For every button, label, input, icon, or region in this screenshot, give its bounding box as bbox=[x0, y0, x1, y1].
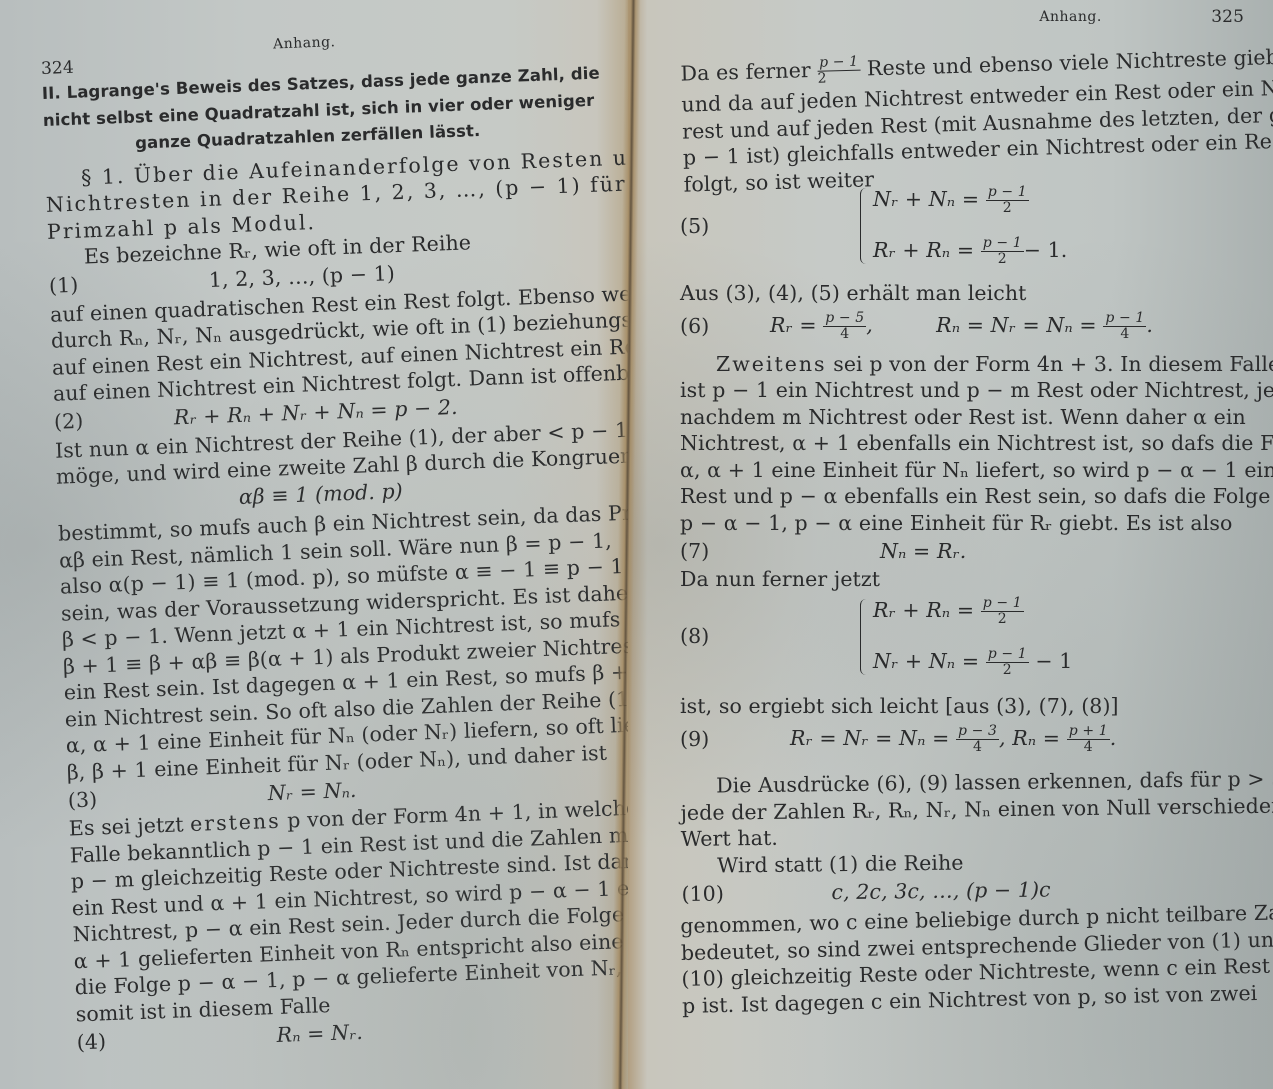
paragraph: Die Ausdrücke (6), (9) lassen erkennen, … bbox=[680, 766, 1242, 909]
page-number: 325 bbox=[1211, 4, 1244, 32]
paragraph-line: Zweitens sei p von der Form 4n + 3. In d… bbox=[680, 351, 1240, 378]
fraction: p − 12 bbox=[981, 596, 1024, 627]
right-page-text: Anhang. 325 Da es ferner p − 12 Reste un… bbox=[680, 0, 1240, 1019]
brace-symbol bbox=[860, 599, 869, 675]
fraction: p − 14 bbox=[1103, 311, 1146, 342]
paragraph: genommen, wo c eine beliebige durch p ni… bbox=[680, 900, 1242, 1019]
fraction: p − 12 bbox=[986, 647, 1029, 678]
text-run: Reste und ebenso viele Nichtreste giebt, bbox=[867, 45, 1273, 81]
paragraph-line: p − α − 1, p − α eine Einheit für Rᵣ gie… bbox=[680, 510, 1240, 537]
equation-number: (8) bbox=[680, 623, 860, 650]
left-page: Anhang. 324 II. Lagrange's Beweis des Sa… bbox=[0, 0, 628, 1089]
paragraph: bestimmt, so mufs auch β ein Nichtrest s… bbox=[58, 501, 595, 785]
equation-number: (2) bbox=[54, 405, 175, 436]
fraction: p − 54 bbox=[823, 311, 866, 342]
equation-line: Rᵣ + Rₙ = p − 12− 1. bbox=[873, 236, 1067, 267]
equation-line: Nᵣ + Nₙ = p − 12 − 1 bbox=[873, 647, 1072, 678]
fraction: p − 12 bbox=[817, 55, 861, 87]
equation-system: Nᵣ + Nₙ = p − 12 Rᵣ + Rₙ = p − 12− 1. bbox=[873, 185, 1067, 267]
paragraph-line: nachdem m Nichtrest oder Rest ist. Wenn … bbox=[680, 404, 1240, 431]
equation-number: (10) bbox=[681, 879, 831, 907]
equation-9: (9) Rᵣ = Nᵣ = Nₙ = p − 34, Rₙ = p + 14. bbox=[680, 719, 1240, 759]
equation-7: (7) Nₙ = Rᵣ. bbox=[680, 536, 1240, 566]
equation-line: Rᵣ + Rₙ = p − 12 bbox=[873, 596, 1072, 627]
equation-number: (4) bbox=[76, 1025, 197, 1056]
left-page-text: Anhang. 324 II. Lagrange's Beweis des Sa… bbox=[40, 21, 605, 1058]
section-title: II. Lagrange's Beweis des Satzes, dass j… bbox=[42, 63, 573, 162]
right-header: Anhang. 325 bbox=[680, 0, 1240, 32]
equation-6: (6) Rᵣ = p − 54, Rₙ = Nᵣ = Nₙ = p − 14. bbox=[680, 307, 1240, 347]
paragraph: auf einen quadratischen Rest ein Rest fo… bbox=[50, 282, 582, 407]
paragraph: Da es ferner p − 12 Reste und ebenso vie… bbox=[680, 44, 1244, 198]
fraction: p − 34 bbox=[956, 724, 999, 755]
text-run: Es sei jetzt bbox=[68, 812, 190, 840]
emphasized-word: Zweitens bbox=[716, 352, 827, 376]
text-run: Da es ferner bbox=[680, 58, 811, 86]
paragraph-line: Rest und p − α ebenfalls ein Rest sein, … bbox=[680, 483, 1240, 510]
paragraph-line: Aus (3), (4), (5) erhält man leicht bbox=[680, 280, 1240, 307]
equation-number: (9) bbox=[680, 726, 790, 753]
emphasized-word: erstens bbox=[190, 809, 281, 836]
equation-number: (3) bbox=[67, 783, 188, 814]
equation-8: (8) Rᵣ + Rₙ = p − 12 Nᵣ + Nₙ = p − 12 − … bbox=[680, 593, 1240, 681]
equation-formula: Rᵣ = p − 54, Rₙ = Nᵣ = Nₙ = p − 14. bbox=[770, 311, 1240, 342]
running-head: Anhang. bbox=[869, 4, 1101, 28]
brace-symbol bbox=[860, 188, 869, 264]
equation-system: Rᵣ + Rₙ = p − 12 Nᵣ + Nₙ = p − 12 − 1 bbox=[873, 596, 1072, 678]
equation-formula: Nₙ = Rᵣ. bbox=[880, 538, 1240, 565]
paragraph: Es sei jetzt erstens p von der Form 4n +… bbox=[68, 796, 603, 1027]
equation-number: (1) bbox=[49, 269, 170, 300]
paragraph-line: ist, so ergiebt sich leicht [aus (3), (7… bbox=[680, 693, 1240, 720]
equation-number: (7) bbox=[680, 538, 880, 565]
paragraph-line: ist p − 1 ein Nichtrest und p − m Rest o… bbox=[680, 377, 1240, 404]
paragraph-line: Nichtrest, α + 1 ebenfalls ein Nichtrest… bbox=[680, 430, 1240, 457]
paragraph-line: α, α + 1 eine Einheit für Nₙ liefert, so… bbox=[680, 457, 1240, 484]
paragraph: Zweitens sei p von der Form 4n + 3. In d… bbox=[680, 351, 1240, 537]
text-run: sei p von der Form 4n + 3. In diesem Fal… bbox=[827, 352, 1273, 376]
fraction: p + 14 bbox=[1067, 724, 1110, 755]
equation-number: (6) bbox=[680, 313, 770, 340]
fraction: p − 12 bbox=[981, 236, 1024, 267]
fraction: p − 12 bbox=[986, 185, 1029, 216]
equation-number: (5) bbox=[680, 213, 860, 240]
equation-formula: Rᵣ = Nᵣ = Nₙ = p − 34, Rₙ = p + 14. bbox=[790, 724, 1240, 755]
paragraph-line: Da nun ferner jetzt bbox=[680, 566, 1240, 593]
